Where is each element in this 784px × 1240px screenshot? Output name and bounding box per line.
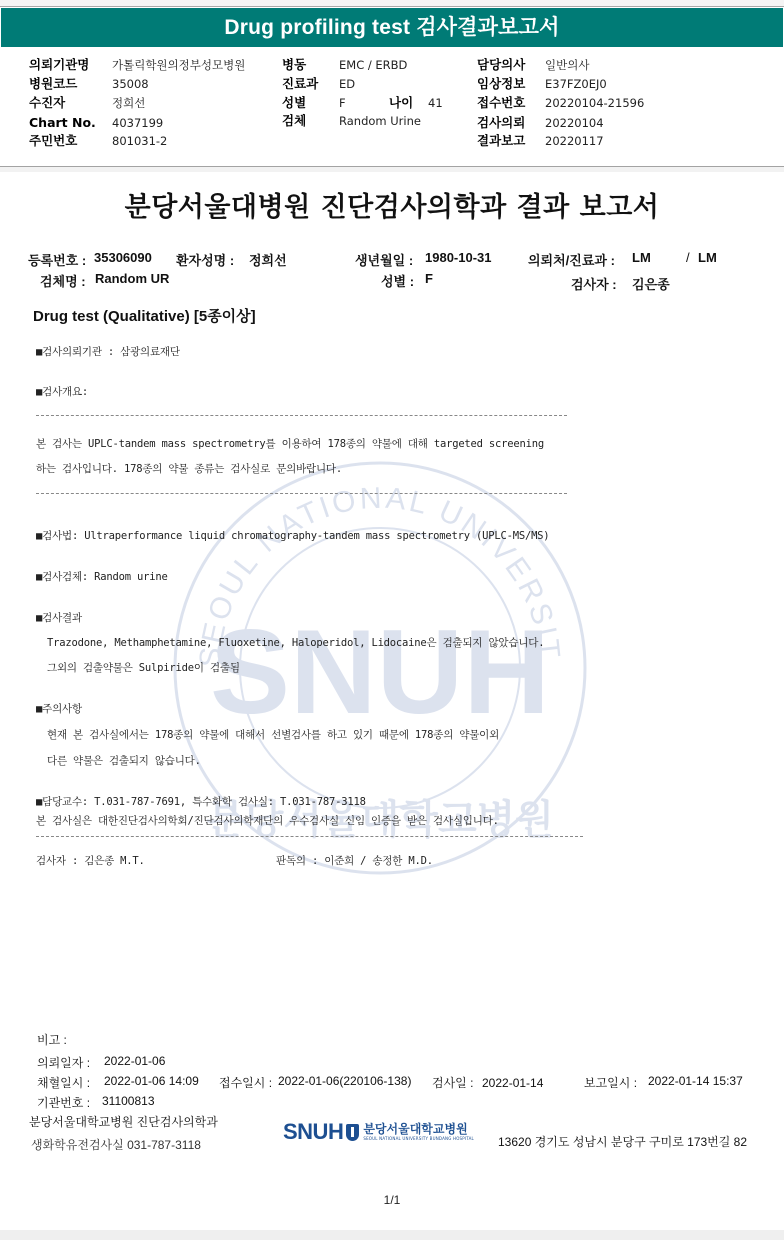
dept-value: ED (339, 77, 355, 91)
ward-label: 병동 (282, 57, 306, 72)
tester-signature: 검사자 : 김은종 M.T. (36, 853, 145, 868)
clinical-label: 임상정보 (477, 76, 525, 91)
reg-no-label: 등록번호 : (28, 250, 86, 269)
inst-no-label: 기관번호 : (37, 1094, 90, 1111)
snuh-logo: SNUH 분당서울대학교병원 SEOUL NATIONAL UNIVERSITY… (283, 1119, 474, 1145)
result-heading: ■검사결과 (36, 610, 82, 625)
pi-tester-label: 검사자 : (571, 274, 617, 293)
caution-line-1: 현재 본 검사실에서는 178종의 약물에 대해서 선별검사를 하고 있기 때문… (47, 727, 499, 742)
specimen-value: Random Urine (339, 114, 421, 128)
overview-heading: ■검사개요: (36, 384, 88, 399)
method: ■검사법: Ultraperformance liquid chromatogr… (36, 528, 549, 543)
sex-value: F (339, 96, 346, 110)
report-title: 분당서울대병원 진단검사의학과 결과 보고서 (0, 185, 784, 224)
collect-label: 채혈일시 : (37, 1074, 90, 1091)
rrn-value: 801031-2 (112, 134, 167, 148)
pi-sex-label: 성별 : (381, 271, 414, 290)
pi-sex-value: F (425, 271, 433, 286)
age-value: 41 (428, 96, 443, 110)
doctor-value: 일반의사 (545, 58, 589, 72)
caution-heading: ■주의사항 (36, 701, 82, 716)
test-date-label: 검사일 : (432, 1074, 473, 1091)
age-label: 나이 (389, 95, 413, 110)
logo-english-name: SEOUL NATIONAL UNIVERSITY BUNDANG HOSPIT… (363, 1136, 474, 1141)
report-time-value: 2022-01-14 15:37 (648, 1074, 743, 1088)
chart-no-label: Chart No. (29, 115, 96, 130)
receipt-value: 20220104-21596 (545, 96, 644, 110)
address: 13620 경기도 성남시 분당구 구미로 173번길 82 (498, 1133, 747, 1150)
dept-name: 분당서울대학교병원 진단검사의학과 (29, 1113, 218, 1130)
certification-line: 본 검사실은 대한진단검사의학회/진단검사의학재단의 우수검사실 신임 인증을 … (36, 813, 499, 828)
inst-no-value: 31100813 (102, 1094, 155, 1108)
receipt-time-label: 접수일시 : (219, 1074, 272, 1091)
patient-value: 정희선 (112, 96, 145, 110)
dashed-divider (36, 836, 583, 837)
overview-line-1: 본 검사는 UPLC-tandem mass spectrometry를 이용하… (36, 436, 544, 451)
top-rule (0, 0, 784, 7)
contact-line: ■담당교수: T.031-787-7691, 특수화학 검사실: T.031-7… (36, 794, 366, 809)
receipt-label: 접수번호 (477, 95, 525, 110)
referral-label: 의뢰처/진료과 : (528, 250, 615, 269)
sex-label: 성별 (282, 95, 306, 110)
referral-value-1: LM (632, 250, 651, 265)
dob-value: 1980-10-31 (425, 250, 492, 265)
report-label: 결과보고 (477, 133, 525, 148)
request-date-value: 2022-01-06 (104, 1054, 165, 1068)
hospital-code-value: 35008 (112, 77, 149, 91)
collect-value: 2022-01-06 14:09 (104, 1074, 199, 1088)
bottom-band (0, 1230, 784, 1240)
test-date-value: 2022-01-14 (482, 1076, 543, 1090)
result-line-1: Trazodone, Methamphetamine, Fluoxetine, … (47, 635, 544, 650)
specimen-name-label: 검체명 : (40, 271, 86, 290)
dashed-divider (36, 415, 567, 416)
overview-line-2: 하는 검사입니다. 178종의 약물 종류는 검사실로 문의바랍니다. (36, 461, 342, 476)
referral-separator: / (686, 250, 690, 265)
ward-value: EMC / ERBD (339, 58, 407, 72)
reg-no-value: 35306090 (94, 250, 152, 265)
test-name: Drug test (Qualitative) [5종이상] (33, 305, 256, 326)
request-label: 검사의뢰 (477, 115, 525, 130)
doctor-label: 담당의사 (477, 57, 525, 72)
institution-label: 의뢰기관명 (29, 57, 89, 72)
page-number: 1/1 (0, 1193, 784, 1207)
result-line-2: 그외의 검출약물은 Sulpiride이 검출됨 (47, 660, 240, 675)
receipt-time-value: 2022-01-06(220106-138) (278, 1074, 411, 1088)
clinical-value: E37FZ0EJ0 (545, 77, 607, 91)
specimen-label: 검체 (282, 113, 306, 128)
name-value: 정희선 (249, 250, 287, 269)
dashed-divider (36, 493, 567, 494)
specimen-name-value: Random UR (95, 271, 169, 286)
requesting-institution: ■검사의뢰기관 : 삼광의료재단 (36, 344, 180, 359)
remarks-label: 비고 : (37, 1031, 67, 1048)
chart-no-value: 4037199 (112, 116, 163, 130)
institution-value: 가톨릭학원의정부성모병원 (112, 58, 245, 72)
lab-phone: 생화학유전검사실 031-787-3118 (31, 1136, 201, 1153)
rrn-label: 주민번호 (29, 133, 77, 148)
reader-signature: 판독의 : 이준희 / 송정한 M.D. (276, 853, 433, 868)
request-date-label: 의뢰일자 : (37, 1054, 90, 1071)
caution-line-2: 다른 약물은 검출되지 않습니다. (47, 753, 201, 768)
dept-label: 진료과 (282, 76, 318, 91)
pi-tester-value: 김은종 (632, 274, 670, 293)
report-header-title: Drug profiling test 검사결과보고서 (1, 8, 783, 47)
logo-korean-name: 분당서울대학교병원 (363, 1123, 474, 1136)
patient-label: 수진자 (29, 95, 65, 110)
logo-snuh-text: SNUH (283, 1119, 343, 1145)
name-label: 환자성명 : (176, 250, 234, 269)
request-value: 20220104 (545, 116, 604, 130)
hospital-code-label: 병원코드 (29, 76, 77, 91)
referral-value-2: LM (698, 250, 717, 265)
report-time-label: 보고일시 : (584, 1074, 637, 1091)
shield-icon (346, 1124, 359, 1141)
watermark-center-text: SNUH (210, 605, 550, 739)
report-value: 20220117 (545, 134, 604, 148)
dob-label: 생년월일 : (355, 250, 413, 269)
section-divider-band (0, 167, 784, 172)
specimen-line: ■검사검체: Random urine (36, 569, 168, 584)
institution-row: 의뢰기관명 (29, 56, 89, 74)
